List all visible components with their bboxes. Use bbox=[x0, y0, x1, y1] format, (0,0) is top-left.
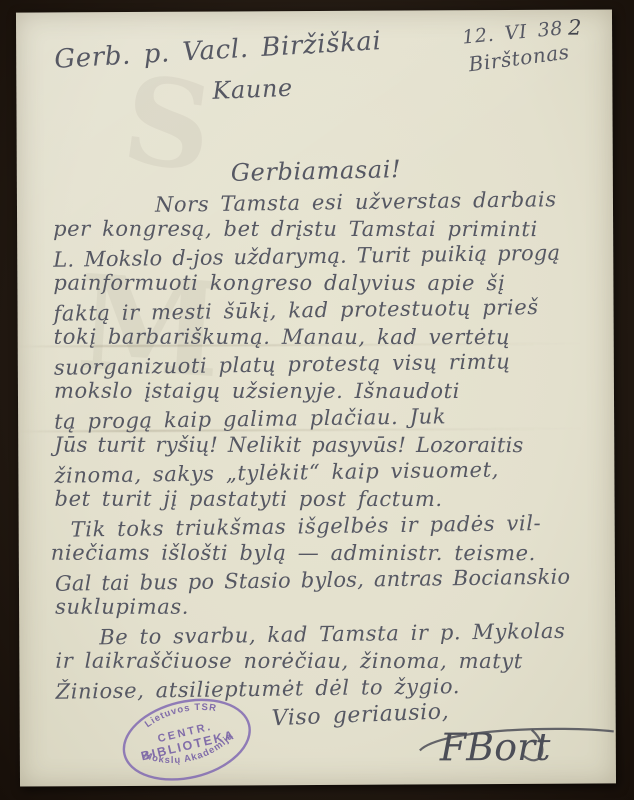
letter-line: bet turit jį pastatyti post factum. bbox=[55, 486, 605, 513]
letter-line: tą progą kaip galima plačiau. Juk bbox=[54, 401, 604, 436]
salutation: Gerbiamasai! bbox=[231, 155, 402, 187]
letter-line: tokį barbariškumą. Manau, kad vertėtų bbox=[54, 324, 604, 351]
letter-line: niečiams išlošti bylą — administr. teism… bbox=[51, 540, 605, 567]
letter-line: suklupimas. bbox=[55, 594, 605, 621]
letter-line: Jūs turit ryšių! Nelikit pasyvūs! Lozora… bbox=[54, 432, 604, 459]
signature-text: FBort bbox=[439, 725, 552, 770]
letter-line: per kongresą, bet drįstu Tamstai primint… bbox=[53, 216, 603, 243]
signature: FBort bbox=[412, 707, 622, 782]
paper-watermark: S bbox=[116, 49, 221, 200]
letter-line: žinoma, sakys „tylėkit“ kaip visuomet, bbox=[54, 455, 604, 490]
archive-page-number: 2 bbox=[568, 16, 582, 40]
letter-line: suorganizuoti platų protestą visų rimtų bbox=[54, 347, 604, 382]
letter-page: S M Gerb. p. Vacl. Biržiškai Kaune 12. V… bbox=[16, 9, 616, 786]
letter-body: Nors Tamsta esi užverstas darbais per ko… bbox=[47, 187, 606, 703]
letter-line: Nors Tamsta esi užverstas darbais bbox=[155, 186, 603, 219]
letter-line: painformuoti kongreso dalyvius apie šį bbox=[53, 270, 603, 297]
addressee-city: Kaune bbox=[212, 74, 293, 105]
letter-line: Gal tai bus po Stasio bylos, antras Boci… bbox=[55, 563, 605, 598]
letter-line: Žiniose, atsilieptumėt dėl to žygio. bbox=[55, 671, 605, 706]
letter-line: L. Mokslo d-jos uždarymą. Turit puikią p… bbox=[53, 239, 603, 274]
letter-line: Be to svarbu, kad Tamsta ir p. Mykolas bbox=[99, 617, 605, 651]
letter-line: Tik toks triukšmas išgelbės ir padės vil… bbox=[71, 509, 605, 543]
letter-line: mokslo įstaigų užsienyje. Išnaudoti bbox=[54, 378, 604, 405]
letter-line: faktą ir mesti šūkį, kad protestuotų pri… bbox=[53, 293, 603, 328]
addressee-name: Gerb. p. Vacl. Biržiškai bbox=[54, 26, 383, 75]
letter-line: ir laikraščiuose norėčiau, žinoma, matyt bbox=[55, 648, 605, 675]
